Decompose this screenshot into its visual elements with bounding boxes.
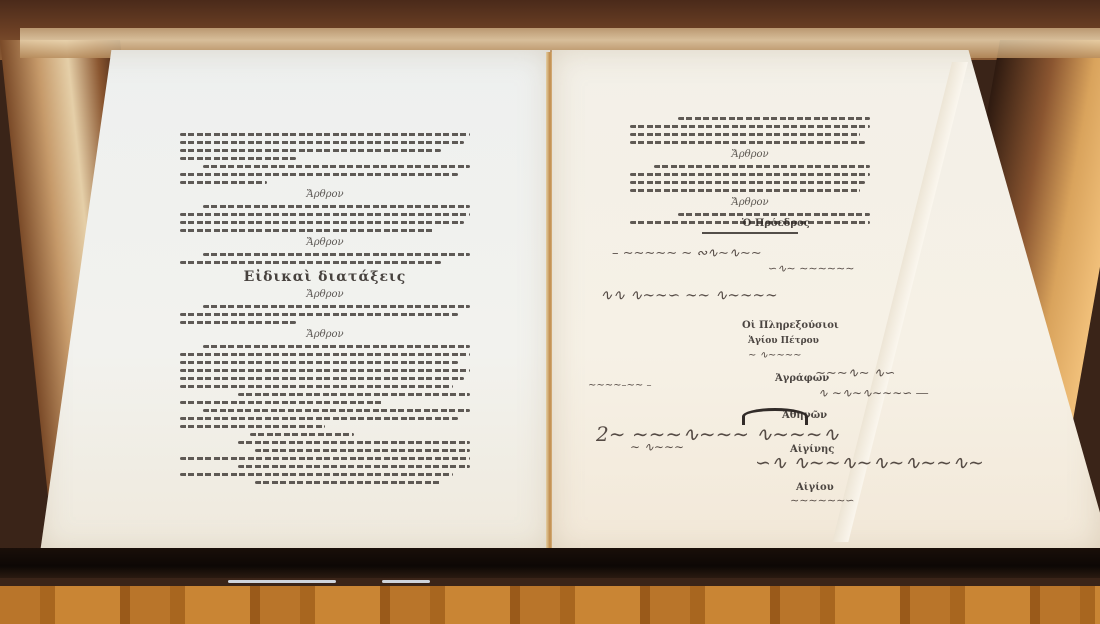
signature: ∼∼∼∼∼∼∽ <box>790 494 855 507</box>
signature: ∿∿ ∿∼∼∽ ∼∼ ∿∼∼∼∼ <box>600 286 778 304</box>
signature-place: Ἀθηνῶν <box>782 410 827 421</box>
signature: ∽∿∼ ∼∼∼∼∼∼ <box>768 262 854 275</box>
signatures-title: Ὁ Πρόεδρος <box>742 218 810 229</box>
divider-rule <box>702 232 798 234</box>
article-heading: Ἄρθρον <box>630 197 870 208</box>
signature: ∽∿ ∿∼∼∿∼∿∼∿∼∼∿∼ <box>755 452 984 474</box>
case-wooden-base <box>0 586 1100 624</box>
signature-place: Αἰγίου <box>796 482 834 493</box>
glass-reflection <box>382 580 430 583</box>
signature: ∼∼∼∼–∼∼ – <box>588 380 651 391</box>
left-page-text: Ἄρθρον Ἄρθρον Εἰδικαὶ διατάξεις Ἄρθρον Ἄ… <box>180 128 470 489</box>
article-heading: Ἄρθρον <box>180 289 470 300</box>
signature: ∼∼∼∿∼ ∿∽ <box>815 366 895 381</box>
article-heading: Ἄρθρον <box>180 237 470 248</box>
article-heading: Ἄρθρον <box>630 149 870 160</box>
article-heading: Ἄρθρον <box>180 329 470 340</box>
signature: ∼ ∿∼∼∼ <box>630 440 684 454</box>
signature: – ∼∼∼∼∼ ∼ ∾∿∼∿∼∼ <box>612 246 762 261</box>
case-bottom-shadow <box>0 548 1100 578</box>
signature: ∼ ∿∼∼∼∼ <box>748 350 801 361</box>
signature: ∿ ∼∿∼∿∼∼∼∽ ― <box>818 386 928 400</box>
article-heading: Ἄρθρον <box>180 189 470 200</box>
signature-place: Ἁγίου Πέτρου <box>748 336 819 346</box>
section-heading: Εἰδικαὶ διατάξεις <box>180 269 470 285</box>
glass-reflection <box>228 580 336 583</box>
display-case-scene: Ἄρθρον Ἄρθρον Εἰδικαὶ διατάξεις Ἄρθρον Ἄ… <box>0 0 1100 624</box>
signature-place: Οἱ Πληρεξούσιοι <box>742 320 839 331</box>
